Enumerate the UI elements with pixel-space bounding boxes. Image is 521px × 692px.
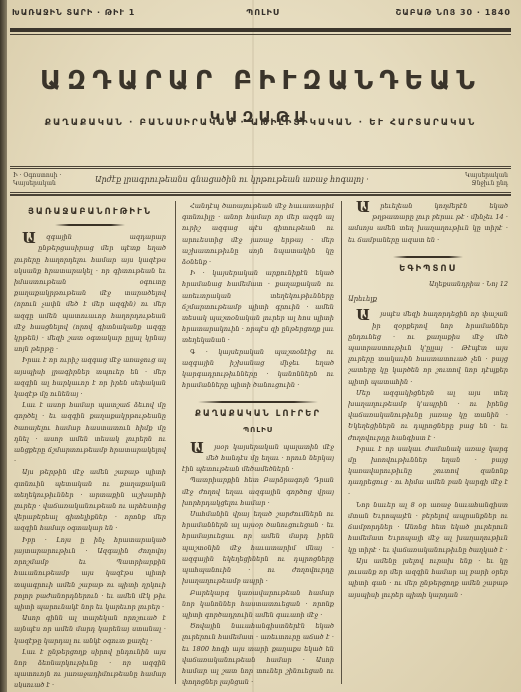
article-heading-political-news: ՔԱՂԱՔԱԿԱՆ ԼՈՒՐԵՐ xyxy=(182,409,334,420)
article-paragraph: Նոր նաւեր ալ 8 օր առաջ նաւահանգիստ մտան … xyxy=(348,500,508,556)
article-paragraph: Ազգային ազդարար ընթերցասիրաց մեր պէտք եղ… xyxy=(14,232,166,355)
band-right-text: Կայսերական Ջնջիւն ընդ xyxy=(458,172,508,188)
newspaper-page: ԽԱՌԱՋԻՆ ՏԱՐԻ · ԹԻՒ 1 ՊՈԼԻՍ ՇԱԲԱԹ ՆՈՅ 30 … xyxy=(0,0,521,692)
info-band: Ի · Օգոստոսի · Կայսերական Արժէք լրագրութ… xyxy=(10,169,511,191)
article-paragraph: Սահմանին վրայ եղած շարժումներն ու հրաման… xyxy=(182,509,334,587)
article-heading-egypt: ԵԳԻՊՏՈՍ xyxy=(348,264,508,275)
article-paragraph: Այսպէս մեզի հաղորդեցին որ փաշան իր զօրքե… xyxy=(348,309,508,387)
article-dateline: Աղեքսանդրիա · Նոյ 12 xyxy=(348,279,508,290)
column-middle: Հանդէպ ծառայութեան մէջ հաւատարիմ գտնուիլ… xyxy=(182,201,334,688)
column-left: ՅԱՌԱՋԱԲԱՆՈՒԹԻՒՆ Ազգային ազդարար ընթերցաս… xyxy=(14,201,166,688)
city-name: ՊՈԼԻՍ xyxy=(246,8,279,17)
article-paragraph: Իբր · Լոյս ը ինչ հրատարակած յայտարարութի… xyxy=(14,535,166,613)
band-rule-bottom-2 xyxy=(10,194,511,196)
article-paragraph: Ծովային նաւահանգիստներէն եկած լուրերուն … xyxy=(182,621,334,688)
article-paragraph: Իրաւ է որ ուրիշ ազգաց մէջ առաջուց ալ այս… xyxy=(14,355,166,400)
ornament-divider xyxy=(55,224,125,226)
article-subheading-city: ՊՈԼԻՍ xyxy=(182,425,334,436)
band-rule-top xyxy=(10,166,511,167)
ornament-divider xyxy=(198,401,318,403)
newspaper-title: ԱԶԴԱՐԱՐ ԲԻՒԶԱՆԴԵԱՆ xyxy=(0,66,521,96)
masthead-rule xyxy=(10,28,511,32)
article-paragraph: Հանդէպ ծառայութեան մէջ հաւատարիմ գտնուիլ… xyxy=(182,201,334,268)
column-divider-1 xyxy=(175,201,176,684)
band-rule-bottom xyxy=(10,192,511,193)
article-heading-preface: ՅԱՌԱՋԱԲԱՆՈՒԹԻՒՆ xyxy=(14,207,166,218)
article-paragraph: Պատրիարքին հետ Բարձրագոյն Դրան մէջ ժողով… xyxy=(182,475,334,509)
band-motto: Արժէք լրագրութեանս գնացածին ու կրթութեան… xyxy=(95,175,369,184)
column-divider-2 xyxy=(341,201,342,684)
article-paragraph: Այսօր կայսերական պալատին մէջ մեծ հանդէս … xyxy=(182,442,334,476)
article-paragraph: Լաւ է ասոր համար պատշաճ ձեւով մը գործել … xyxy=(14,400,166,467)
newspaper-tagline: ՔԱՂԱՔԱԿԱՆ · ԲԱՆԱՍԻՐԱԿԱՆ · ԱԹԻԼԻՏԻԿԱԿԱՆ ·… xyxy=(0,114,521,132)
column-right: Արեւելեան կողմերէն եկած թղթատարը լուր բե… xyxy=(348,201,508,688)
article-paragraph: Ի · կայսերական արքունիքէն եկած հրամանաց … xyxy=(182,268,334,346)
article-paragraph: Այս ամենը լսելով ուրախ ենք · եւ կը յուսա… xyxy=(348,556,508,601)
article-paragraph: Ասոր գինն ալ տարեկան որոշուած է այնպէս ո… xyxy=(14,613,166,647)
article-paragraph: Մեր ազգակիցներն ալ այս տեղ խաղաղութեամբ … xyxy=(348,388,508,444)
article-paragraph: Բարեկարգ կառավարութեան համար նոր կանոննե… xyxy=(182,588,334,622)
article-paragraph: Արեւելեան կողմերէն եկած թղթատարը լուր բե… xyxy=(348,201,508,246)
issue-date: ՇԱԲԱԹ ՆՈՅ 30 · 1840 xyxy=(396,8,511,17)
masthead-rule-thin xyxy=(10,34,511,35)
article-paragraph: Իրաւ է որ սակաւ ժամանակ առաջ կարգ մը խռո… xyxy=(348,444,508,500)
band-left-text: Ի · Օգոստոսի · Կայսերական xyxy=(13,172,73,188)
article-paragraph: Այս թերթին մէջ ամեն շաբաթ պիտի գտնուին պ… xyxy=(14,467,166,534)
article-paragraph: Գ · կայսերական պաշտօնէից ու ազգային իշխա… xyxy=(182,347,334,392)
article-section-label: Արեւելք xyxy=(348,294,508,305)
ornament-divider xyxy=(393,256,463,258)
scan-edge xyxy=(0,0,7,692)
issue-number: ԽԱՌԱՋԻՆ ՏԱՐԻ · ԹԻՒ 1 xyxy=(12,8,135,17)
article-paragraph: Լաւ է ընթերցողք սիրով ընդունին այս նոր ձ… xyxy=(14,647,166,688)
issue-line: ԽԱՌԱՋԻՆ ՏԱՐԻ · ԹԻՒ 1 ՊՈԼԻՍ ՇԱԲԱԹ ՆՈՅ 30 … xyxy=(12,8,511,22)
